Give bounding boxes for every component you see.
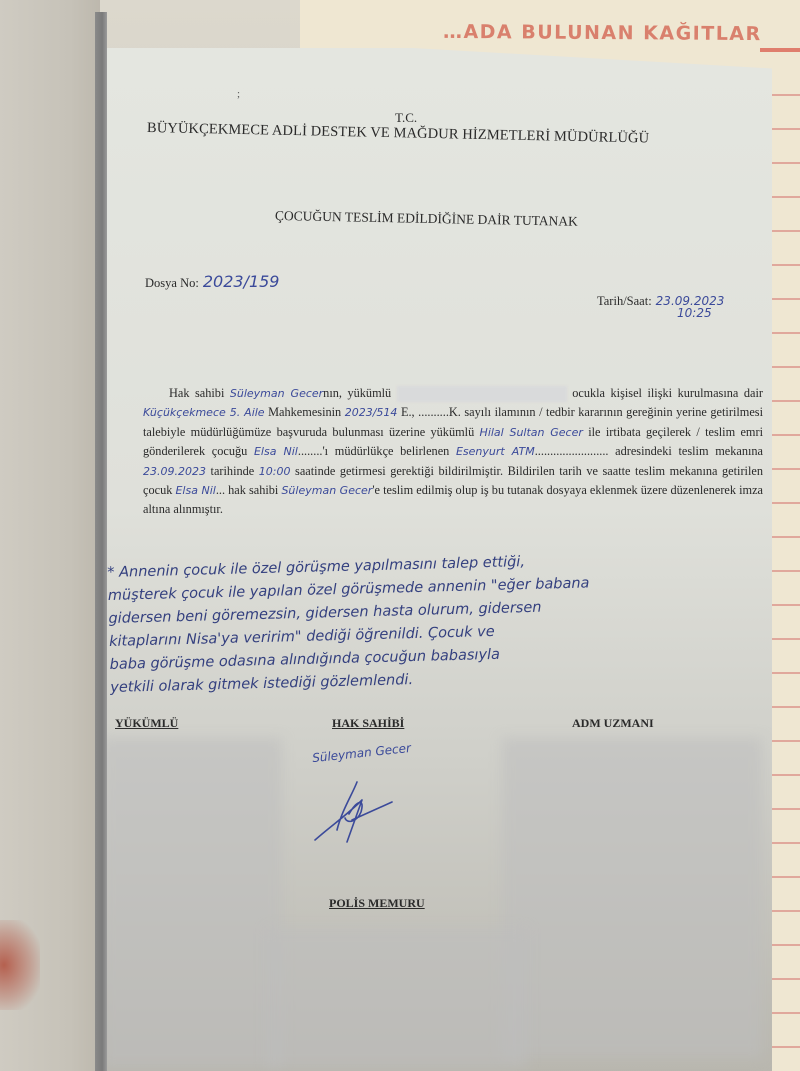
body-text: Mahkemesinin (265, 405, 345, 419)
ruled-line (770, 842, 800, 844)
redacted-field (397, 386, 567, 402)
file-number-label: Dosya No: (145, 276, 199, 290)
delivery-time: 10:00 (259, 465, 291, 478)
ruled-line (770, 570, 800, 572)
body-text: ........................ adresindeki tes… (535, 444, 763, 458)
ruled-line (770, 910, 800, 912)
back-sheet-title: …ADA BULUNAN KAĞITLAR (443, 21, 762, 45)
delivery-date: 23.09.2023 (143, 465, 206, 478)
binder-strip (95, 12, 107, 1071)
folder-background (0, 0, 100, 1071)
ruled-line (770, 400, 800, 402)
signed-name: Süleyman Gecer (312, 741, 412, 765)
ruled-line (770, 604, 800, 606)
ruled-line (770, 502, 800, 504)
ruled-line (770, 128, 800, 130)
ruled-line (770, 434, 800, 436)
adm-expert-signature-label: ADM UZMANI (572, 716, 654, 731)
body-text: tarihinde (206, 464, 259, 478)
ruled-line (770, 706, 800, 708)
red-stamp-mark (0, 920, 40, 1010)
police-officer-signature-label: POLİS MEMURU (329, 896, 425, 911)
ruled-line (770, 740, 800, 742)
handwritten-note: * Annenin çocuk ile özel görüşme yapılma… (107, 545, 760, 700)
child-name: Elsa Nil (254, 445, 298, 458)
redacted-signature-area (102, 738, 282, 1068)
court-name: Küçükçekmece 5. Aile (143, 406, 265, 419)
body-text: ocukla kişisel ilişki kurulmasına dair (567, 386, 763, 400)
body-text: ... hak sahibi (216, 483, 282, 497)
ruled-line (770, 944, 800, 946)
ruled-line (770, 332, 800, 334)
report-document: ; T.C. BÜYÜKÇEKMECE ADLİ DESTEK VE MAĞDU… (107, 48, 772, 1071)
ruled-line (770, 536, 800, 538)
ruled-line (770, 468, 800, 470)
ruled-line (770, 638, 800, 640)
hak-sahibi-name: Süleyman Gecer (230, 387, 323, 400)
ruled-line (770, 1046, 800, 1048)
obligor-signature-label: YÜKÜMLÜ (115, 716, 178, 731)
ruled-line (770, 366, 800, 368)
time-value: 10:25 (677, 306, 712, 320)
redacted-signature-area (502, 738, 762, 1058)
ruled-line (770, 94, 800, 96)
header-tc: T.C. (395, 110, 417, 126)
file-number: Dosya No: 2023/159 (145, 272, 279, 292)
ruled-line (770, 162, 800, 164)
hak-sahibi-name-2: Süleyman Gecer (281, 484, 372, 497)
ruled-line (770, 978, 800, 980)
redacted-signature-area (267, 928, 527, 1068)
case-number: 2023/514 (345, 406, 398, 419)
obligor-name: Hilal Sultan Gecer (480, 426, 583, 439)
body-text: nın, yükümlü (323, 386, 397, 400)
ruled-line (770, 264, 800, 266)
ruled-line (770, 876, 800, 878)
ruled-line (770, 672, 800, 674)
ruled-line (770, 196, 800, 198)
ruled-line (770, 1012, 800, 1014)
ruled-line (760, 48, 800, 52)
body-text: ........'ı müdürlükçe belirlenen (298, 444, 456, 458)
document-title: ÇOCUĞUN TESLİM EDİLDİĞİNE DAİR TUTANAK (275, 208, 578, 230)
report-body: Hak sahibi Süleyman Gecernın, yükümlü oc… (143, 384, 763, 520)
file-number-value: 2023/159 (203, 272, 280, 291)
body-text: Hak sahibi (169, 386, 230, 400)
ruled-line (770, 230, 800, 232)
ruled-line (770, 298, 800, 300)
rights-holder-signature-label: HAK SAHİBİ (332, 716, 404, 731)
date-time-label: Tarih/Saat: (597, 294, 652, 308)
ruled-line (770, 808, 800, 810)
signature-icon (307, 770, 397, 845)
pen-mark: ; (237, 88, 240, 100)
delivery-address: Esenyurt ATM (456, 445, 535, 458)
ruled-line (770, 774, 800, 776)
child-name-2: Elsa Nil (175, 484, 215, 497)
